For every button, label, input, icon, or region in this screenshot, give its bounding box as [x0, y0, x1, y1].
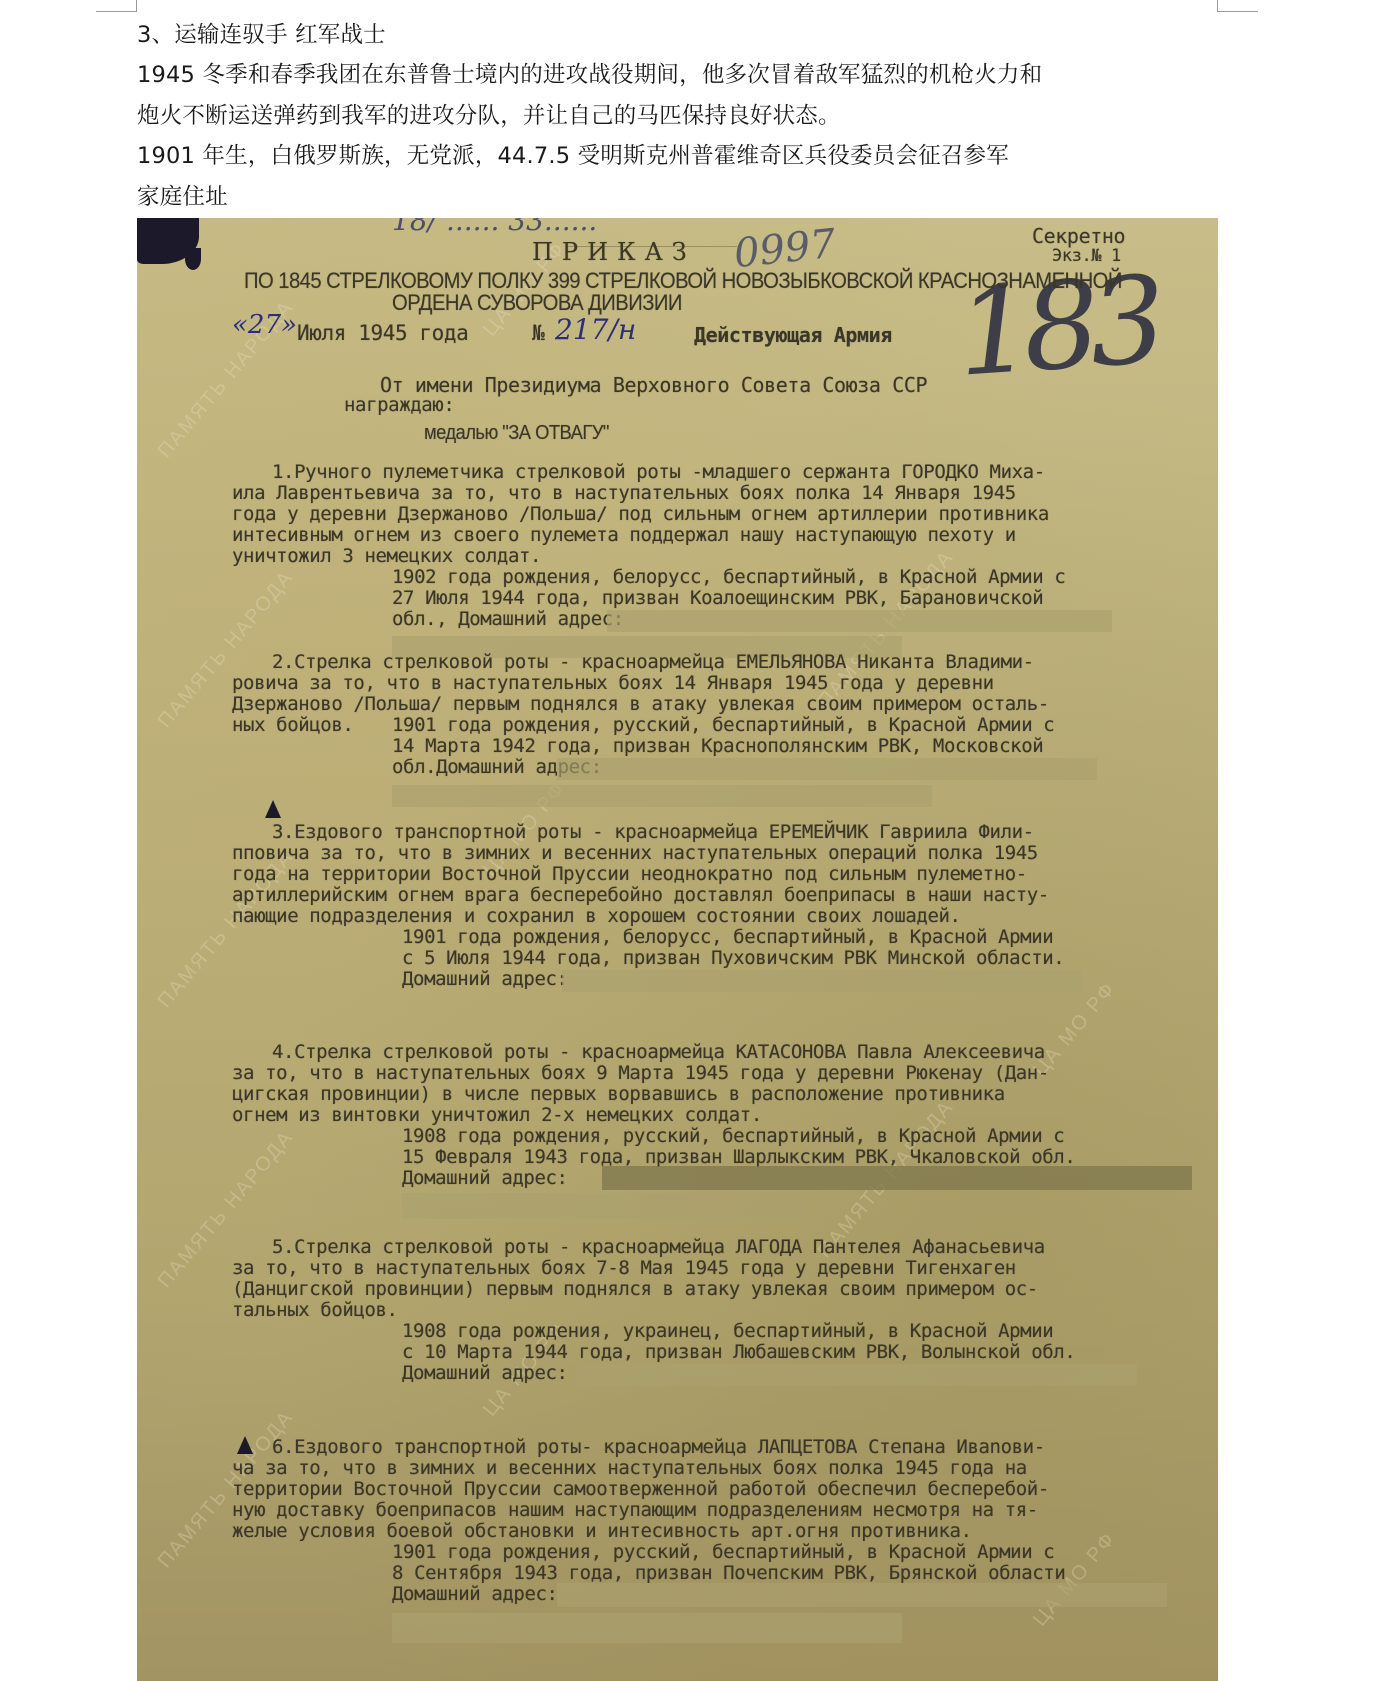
entry-address-label: обл., Домашний адрес: — [392, 608, 624, 630]
entry-text-line: ча за то, что в зимних и весенних наступ… — [232, 1457, 1027, 1479]
entry-bio-line: 14 Марта 1942 года, призван Краснополянс… — [392, 735, 1043, 757]
entry-text-line: ровича за то, что в наступательных боях … — [232, 672, 994, 694]
document-header-line: ОРДЕНА СУВОРОВА ДИВИЗИИ — [392, 290, 682, 316]
entry-text-line: 1.Ручного пулеметчика стрелковой роты -м… — [272, 461, 1045, 483]
entry-text-line: года у деревни Дзержаново /Польша/ под с… — [232, 503, 1049, 525]
medal-name: медалью "ЗА ОТВАГУ" — [424, 422, 609, 445]
entry-text-line: желые условия боевой обстановки и интеси… — [232, 1520, 972, 1542]
entry-text-line: 5.Стрелка стрелковой роты - красноармейц… — [272, 1236, 1045, 1258]
entry-text-line: тальных бойцов. — [232, 1299, 398, 1321]
redacted-address — [607, 610, 1112, 632]
redacted-address — [402, 1193, 812, 1219]
translation-line: 1945 冬季和春季我团在东普鲁士境内的进攻战役期间，他多次冒着敌军猛烈的机枪火… — [137, 55, 1237, 95]
redacted-address — [557, 758, 1097, 780]
entry-text-line: пающие подразделения и сохранил в хороше… — [232, 905, 961, 927]
entry-text-line: огнем из винтовки уничтожил 2-х немецких… — [232, 1104, 762, 1126]
entry-text-line: 6.Ездового транспортной роты- красноарме… — [272, 1436, 1045, 1458]
redacted-address — [392, 785, 932, 807]
entry-text-line: территории Восточной Пруссии самоотверже… — [232, 1478, 1049, 1500]
document-title: ПРИКАЗ — [532, 238, 696, 266]
entry-text-line: пповича за то, что в зимних и весенних н… — [232, 842, 1038, 864]
entry-text-line: ных бойцов. — [232, 714, 353, 736]
preamble-line: От имени Президиума Верховного Совета Со… — [380, 373, 927, 397]
entry-text-line: за то, что в наступательных боях 9 Марта… — [232, 1062, 1049, 1084]
entry-text-line: 2.Стрелка стрелковой роты - красноармейц… — [272, 651, 1034, 673]
entry-text-line: года на территории Восточной Пруссии нео… — [232, 863, 1027, 885]
redacted-address — [557, 1583, 1167, 1607]
entry-text-line: артиллерийским огнем врага бесперебойно … — [232, 884, 1049, 906]
document-header-line: ПО 1845 СТРЕЛКОВОМУ ПОЛКУ 399 СТРЕЛКОВОЙ… — [244, 268, 1122, 294]
page-corner-mark-left — [96, 0, 137, 12]
page-corner-mark-right — [1217, 0, 1258, 12]
entry-text-line: уничтожил 3 немецких солдат. — [232, 545, 541, 567]
entry-address-label: Домашний адрес: — [402, 1167, 568, 1189]
ink-mark-icon — [265, 800, 281, 818]
entry-text-line: интесивным огнем из своего пулемета подд… — [232, 524, 1016, 546]
entry-text-line: 3.Ездового транспортной роты - красноарм… — [272, 821, 1034, 843]
entry-text-line: цигская провинции) в числе первых ворвав… — [232, 1083, 1005, 1105]
redacted-address — [562, 970, 1082, 992]
entry-bio-line: 1908 года рождения, русский, беспартийны… — [402, 1125, 1064, 1147]
entry-bio-line: 8 Сентября 1943 года, призван Почепским … — [392, 1562, 1065, 1584]
entry-text-line: Дзержаново /Польша/ первым поднялся в ат… — [232, 693, 1049, 715]
entry-bio-line: 1901 года рождения, русский, беспартийны… — [392, 714, 1054, 736]
entry-text-line: ную доставку боеприпасов нашим наступающ… — [232, 1499, 1038, 1521]
entry-text-line: за то, что в наступательных боях 7-8 Мая… — [232, 1257, 1016, 1279]
handwritten-note: 18/ ...... 33...... — [392, 218, 597, 237]
entry-bio-line: 1902 года рождения, белорусс, беспартийн… — [392, 566, 1065, 588]
entry-text-line: ила Лаврентьевича за то, что в наступате… — [232, 482, 1016, 504]
translation-text-block: 3、运输连驭手 红军战士 1945 冬季和春季我团在东普鲁士境内的进攻战役期间，… — [137, 15, 1237, 217]
entry-bio-line: с 5 Июля 1944 года, призван Пуховичским … — [402, 947, 1064, 969]
secret-label: Секретно — [1032, 224, 1125, 248]
scanned-award-order-document: ПАМЯТЬ НАРОДА ПАМЯТЬ НАРОДА ПАМЯТЬ НАРОД… — [137, 218, 1218, 1681]
redacted-address — [602, 1166, 1192, 1190]
entry-bio-line: 1901 года рождения, белорусс, беспартийн… — [402, 926, 1053, 948]
translation-heading: 3、运输连驭手 红军战士 — [137, 15, 1237, 55]
entry-text-line: (Данцигской провинции) первым поднялся в… — [232, 1278, 1038, 1300]
redacted-address — [392, 1613, 902, 1643]
ink-mark-icon — [237, 1436, 253, 1454]
entry-bio-line: 1901 года рождения, русский, беспартийны… — [392, 1541, 1054, 1563]
order-number-prefix: № — [532, 321, 544, 345]
entry-bio-line: 1908 года рождения, украинец, беспартийн… — [402, 1320, 1053, 1342]
entry-bio-line: с 10 Марта 1944 года, призван Любашевски… — [402, 1341, 1075, 1363]
handwritten-order-number: 217/н — [555, 313, 636, 346]
preamble-line: награждаю: — [344, 394, 454, 416]
entry-address-label: Домашний адрес: — [402, 968, 568, 990]
entry-address-label: Домашний адрес: — [392, 1583, 558, 1605]
entry-bio-line: 15 Февраля 1943 года, призван Шарлыкским… — [402, 1146, 1075, 1168]
order-date: Июля 1945 года — [297, 321, 468, 345]
entry-bio-line: 27 Июля 1944 года, призван Коалоещинским… — [392, 587, 1043, 609]
entry-address-label: Домашний адрес: — [402, 1362, 568, 1384]
redacted-address — [577, 1364, 1137, 1386]
translation-line: 家庭住址 — [137, 177, 1237, 217]
army-label: Действующая Армия — [694, 323, 892, 347]
handwritten-date-day: «27» — [232, 310, 297, 340]
translation-line: 1901 年生，白俄罗斯族，无党派，44.7.5 受明斯克州普霍维奇区兵役委员会… — [137, 136, 1237, 176]
ink-stain — [185, 248, 201, 270]
entry-text-line: 4.Стрелка стрелковой роты - красноармейц… — [272, 1041, 1045, 1063]
translation-line: 炮火不断运送弹药到我军的进攻分队，并让自己的马匹保持良好状态。 — [137, 96, 1237, 136]
